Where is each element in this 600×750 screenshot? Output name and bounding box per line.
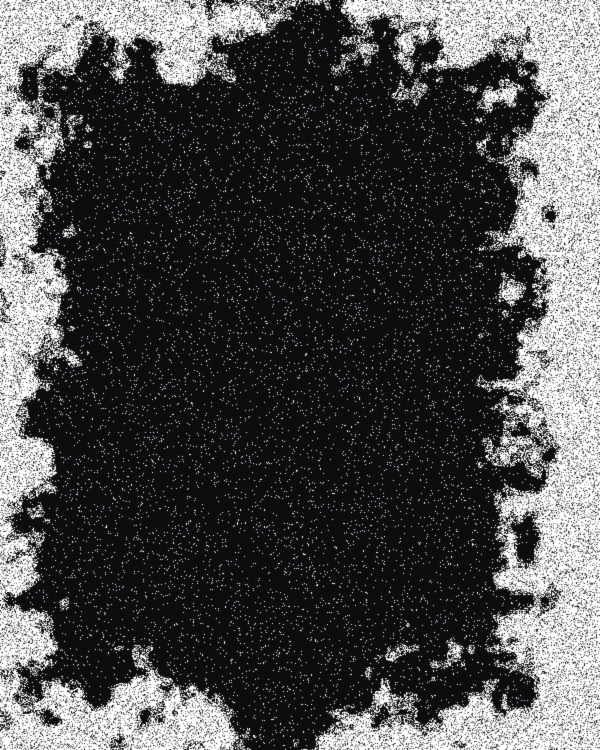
ink-texture-canvas	[0, 0, 600, 750]
